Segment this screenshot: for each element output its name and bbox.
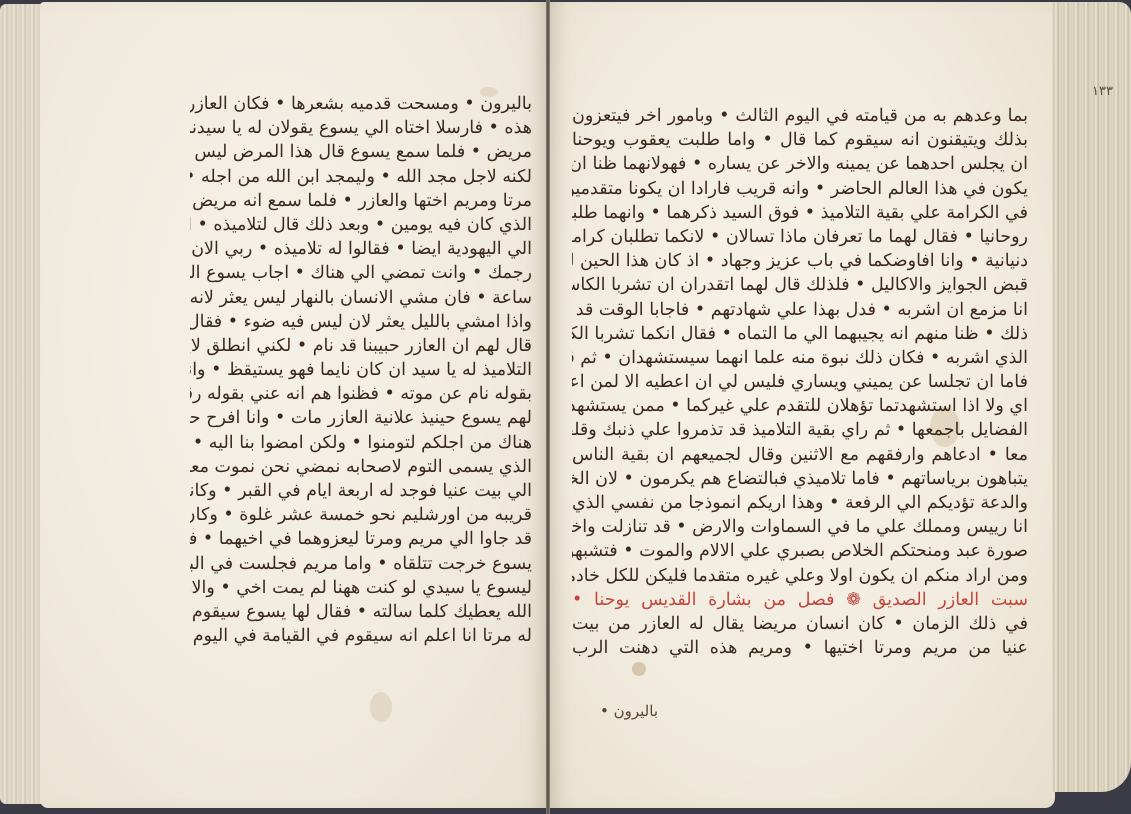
text-line: انا رييس ومملك علي ما في السماوات والارض…: [572, 515, 1028, 539]
text-line: ساعة • فان مشي الانسان بالنهار ليس يعثر …: [190, 286, 532, 310]
catchword: باليرون •: [600, 702, 658, 720]
text-line: هناك من اجلكم لتومنوا • ولكن امضوا بنا ا…: [190, 431, 532, 455]
text-line: عنيا من مريم ومرتا اختيها • ومريم هذه ال…: [572, 636, 1028, 660]
text-line: له مرتا انا اعلم انه سيقوم في القيامة في…: [190, 624, 532, 648]
text-line: قد جاوا الي مريم ومرتا ليعزوهما في اخيهم…: [190, 527, 532, 551]
text-line: معا • ادعاهم وارفقهم مع الاثنين وقال لجم…: [572, 443, 1028, 467]
text-line: بقوله نام عن موته • فظنوا هم انه عني بقو…: [190, 382, 532, 406]
text-line: باليرون • ومسحت قدميه بشعرها • فكان العا…: [190, 92, 532, 116]
text-line: الي بيت عنيا فوجد له اربعة ايام في القبر…: [190, 479, 532, 503]
text-line: مريض • فلما سمع يسوع قال هذا المرض ليس ه…: [190, 140, 532, 164]
text-line: الفضايل باجمعها • ثم راي بقية التلاميذ ق…: [572, 418, 1028, 442]
text-line: فاما ان تجلسا عن يميني ويساري فليس لي ان…: [572, 370, 1028, 394]
text-line: صورة عبد ومنحتكم الخلاص بصبري علي الالام…: [572, 539, 1028, 563]
text-line: انا مزمع ان اشربه • فدل بهذا علي شهادتهم…: [572, 298, 1028, 322]
text-line: واذا امشي بالليل يعثر لان ليس فيه ضوء • …: [190, 310, 532, 334]
text-line: ليسوع يا سيدي لو كنت ههنا لم يمت اخي • و…: [190, 576, 532, 600]
text-line: الذي اشربه • فكان ذلك نبوة منه علما انهم…: [572, 346, 1028, 370]
stain: [370, 692, 392, 722]
text-line: دنيانية • وانا افاوضكما في باب عزيز وجها…: [572, 249, 1028, 273]
text-line: لكنه لاجل مجد الله • وليمجد ابن الله من …: [190, 165, 532, 189]
text-line: مرتا ومريم اختها والعازر • فلما سمع انه …: [190, 189, 532, 213]
text-line: الذي يسمى التوم لاصحابه نمضي نحن نموت مع…: [190, 455, 532, 479]
text-line: قال لهم ان العازر حبيبنا قد نام • لكني ا…: [190, 334, 532, 358]
text-line: ان يجلس احدهما عن يمينه والاخر عن يساره …: [572, 152, 1028, 176]
text-line: الذي كان فيه يومين • وبعد ذلك قال لتلامي…: [190, 213, 532, 237]
text-line: يسوع خرجت تتلقاه • واما مريم فجلست في ال…: [190, 552, 532, 576]
left-page-text: باليرون • ومسحت قدميه بشعرها • فكان العا…: [190, 92, 532, 648]
text-line: بذلك ويتيقنون انه سيقوم كما قال • واما ط…: [572, 128, 1028, 152]
text-line: يكون في هذا العالم الحاضر • وانه قريب فا…: [572, 177, 1028, 201]
text-line: قبض الجوايز والاكاليل • فلذلك قال لهما ا…: [572, 273, 1028, 297]
text-line: الله يعطيك كلما سالته • فقال لها يسوع سي…: [190, 600, 532, 624]
text-line: بما وعدهم به من قيامته في اليوم الثالث •…: [572, 104, 1028, 128]
stain: [632, 662, 646, 676]
text-line: لهم يسوع حينيذ علانية العازر مات • وانا …: [190, 406, 532, 430]
text-line: ومن اراد منكم ان يكون اولا وعلي غيره متق…: [572, 564, 1028, 588]
text-line: الي اليهودية ايضا • فقالوا له تلاميذه • …: [190, 237, 532, 261]
text-line: التلاميذ له يا سيد ان كان نايما فهو يستي…: [190, 358, 532, 382]
text-line: اي ولا اذا استشهدتما تؤهلان للتقدم علي غ…: [572, 394, 1028, 418]
right-page-edges: [1052, 2, 1131, 792]
text-line: في ذلك الزمان • كان انسان مريضا يقال له …: [572, 612, 1028, 636]
text-line: يتباهون برياساتهم • فاما تلاميذي فبالتضا…: [572, 467, 1028, 491]
text-line: والدعة تؤديكم الي الرفعة • وهذا اريكم ان…: [572, 491, 1028, 515]
text-line: قريبه من اورشليم نحو خمسة عشر غلوة • وكا…: [190, 503, 532, 527]
text-line: روحانيا • فقال لهما ما تعرفان ماذا تسالا…: [572, 225, 1028, 249]
right-page-text: بما وعدهم به من قيامته في اليوم الثالث •…: [572, 104, 1028, 660]
rubric-heading: سبت العازر الصديق ❁ فصل من بشارة القديس …: [572, 588, 1028, 612]
text-line: هذه • فارسلا اختاه الي يسوع يقولان له يا…: [190, 116, 532, 140]
text-line: في الكرامة علي بقية التلاميذ • فوق السيد…: [572, 201, 1028, 225]
text-line: ذلك • ظنا منهم انه يجيبهما الي ما التماه…: [572, 322, 1028, 346]
text-line: رجمك • وانت تمضي الي هناك • اجاب يسوع ال…: [190, 261, 532, 285]
folio-number: ١٣٣: [1092, 84, 1113, 99]
open-manuscript: باليرون • ومسحت قدميه بشعرها • فكان العا…: [0, 0, 1131, 814]
